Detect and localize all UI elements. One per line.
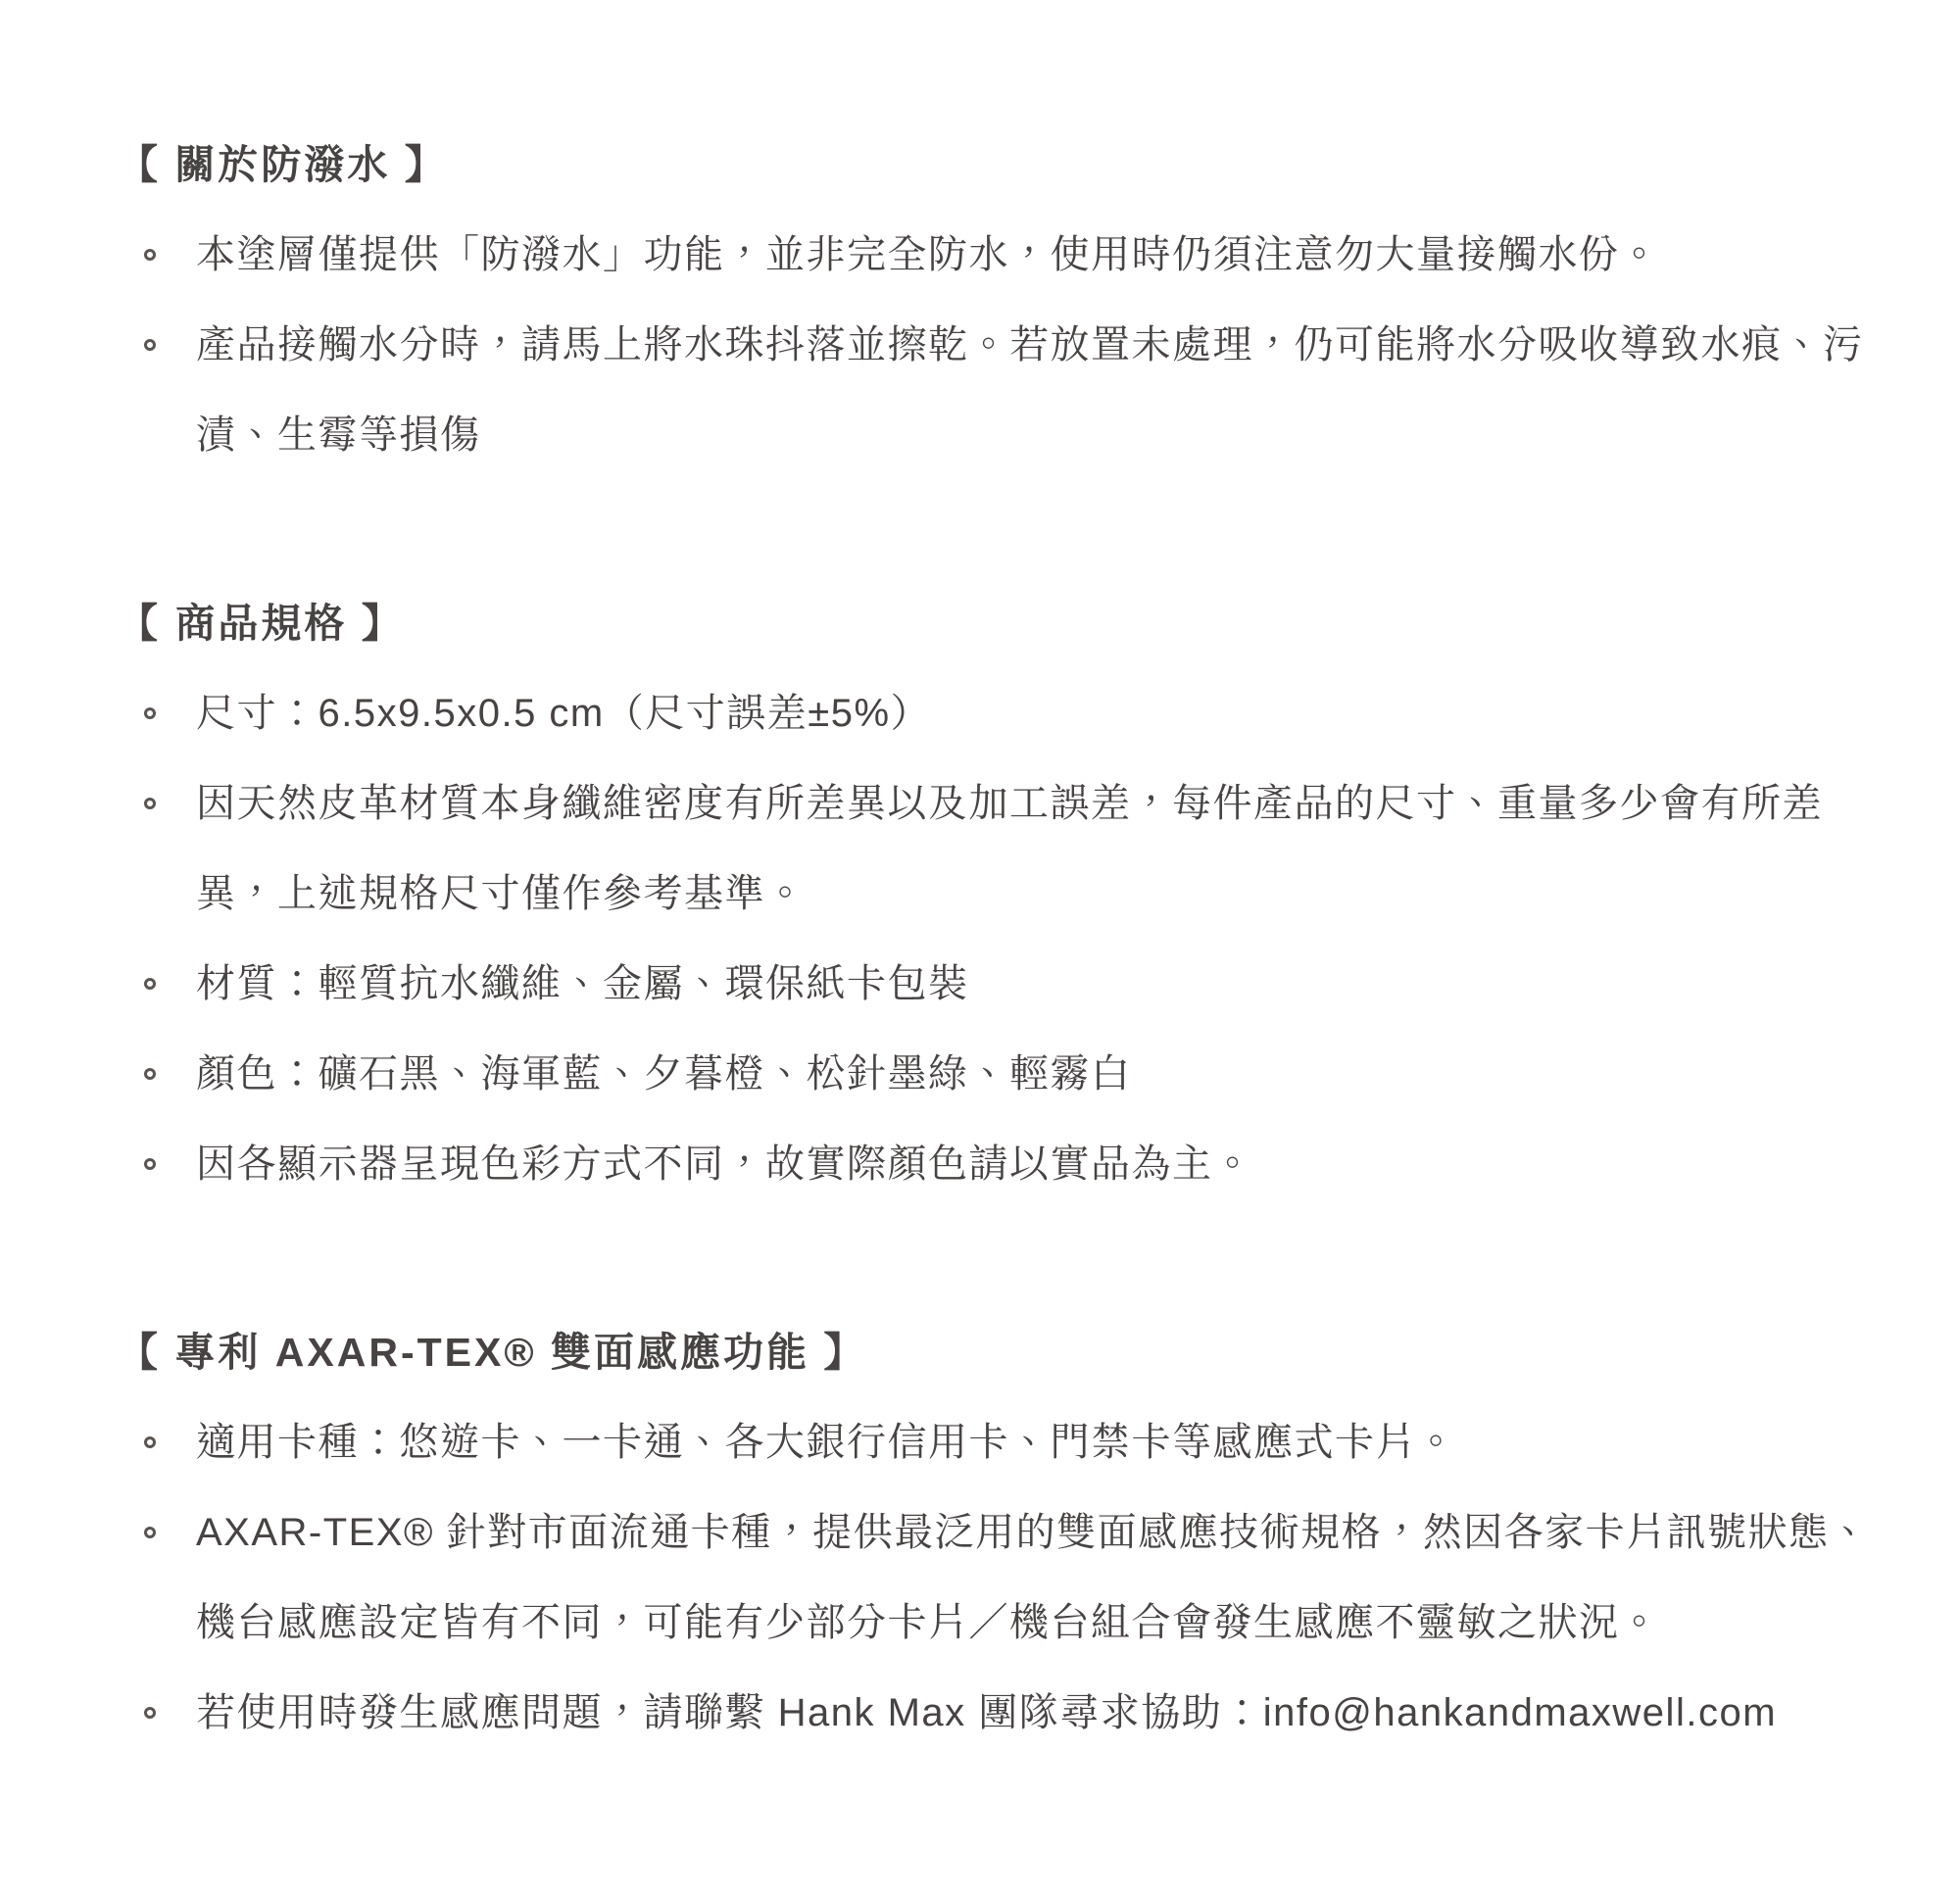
list-item-text: 本塗層僅提供「防潑水」功能，並非完全防水，使用時仍須注意勿大量接觸水份。 — [196, 210, 1884, 300]
bullet-icon — [118, 1029, 196, 1119]
section-heading-water-repellency: 【 關於防潑水 】 — [118, 120, 1901, 210]
section-axar-tex-sensing: 【 專利 AXAR-TEX® 雙面感應功能 】 適用卡種：悠遊卡、一卡通、各大銀… — [118, 1307, 1901, 1758]
list-item-text: 尺寸：6.5x9.5x0.5 cm（尺寸誤差±5%） — [196, 668, 1884, 758]
list-item: 產品接觸水分時，請馬上將水珠抖落並擦乾。若放置未處理，仍可能將水分吸收導致水痕、… — [118, 300, 1901, 480]
list-item: 尺寸：6.5x9.5x0.5 cm（尺寸誤差±5%） — [118, 668, 1901, 758]
bullet-icon — [118, 1487, 196, 1578]
section-water-repellency: 【 關於防潑水 】 本塗層僅提供「防潑水」功能，並非完全防水，使用時仍須注意勿大… — [118, 120, 1901, 480]
list-item: 因各顯示器呈現色彩方式不同，故實際顏色請以實品為主。 — [118, 1119, 1901, 1209]
list-item: AXAR-TEX® 針對市面流通卡種，提供最泛用的雙面感應技術規格，然因各家卡片… — [118, 1487, 1901, 1668]
bullet-icon — [118, 210, 196, 300]
list-item-text: 因各顯示器呈現色彩方式不同，故實際顏色請以實品為主。 — [196, 1119, 1884, 1209]
bullet-icon — [118, 939, 196, 1029]
bullet-icon — [118, 1397, 196, 1487]
product-description: 【 關於防潑水 】 本塗層僅提供「防潑水」功能，並非完全防水，使用時仍須注意勿大… — [0, 0, 1960, 1758]
bullet-icon — [118, 758, 196, 849]
list-item-text: 若使用時發生感應問題，請聯繫 Hank Max 團隊尋求協助：info@hank… — [196, 1668, 1884, 1758]
list-item-text: 材質：輕質抗水纖維、金屬、環保紙卡包裝 — [196, 939, 1884, 1029]
list-item: 顏色：礦石黑、海軍藍、夕暮橙、松針墨綠、輕霧白 — [118, 1029, 1901, 1119]
list-item-text: 產品接觸水分時，請馬上將水珠抖落並擦乾。若放置未處理，仍可能將水分吸收導致水痕、… — [196, 300, 1884, 480]
list-item: 若使用時發生感應問題，請聯繫 Hank Max 團隊尋求協助：info@hank… — [118, 1668, 1901, 1758]
list-item-text: 因天然皮革材質本身纖維密度有所差異以及加工誤差，每件產品的尺寸、重量多少會有所差… — [196, 758, 1884, 939]
list-item: 本塗層僅提供「防潑水」功能，並非完全防水，使用時仍須注意勿大量接觸水份。 — [118, 210, 1901, 300]
list-item-text: 適用卡種：悠遊卡、一卡通、各大銀行信用卡、門禁卡等感應式卡片。 — [196, 1397, 1884, 1487]
section-heading-axar-tex: 【 專利 AXAR-TEX® 雙面感應功能 】 — [118, 1307, 1901, 1397]
list-item-text: 顏色：礦石黑、海軍藍、夕暮橙、松針墨綠、輕霧白 — [196, 1029, 1884, 1119]
section-heading-product-specs: 【 商品規格 】 — [118, 578, 1901, 668]
bullet-icon — [118, 668, 196, 758]
list-item: 因天然皮革材質本身纖維密度有所差異以及加工誤差，每件產品的尺寸、重量多少會有所差… — [118, 758, 1901, 939]
bullet-icon — [118, 300, 196, 390]
list-item: 材質：輕質抗水纖維、金屬、環保紙卡包裝 — [118, 939, 1901, 1029]
bullet-icon — [118, 1119, 196, 1209]
list-item-text: AXAR-TEX® 針對市面流通卡種，提供最泛用的雙面感應技術規格，然因各家卡片… — [196, 1487, 1884, 1668]
section-product-specs: 【 商品規格 】 尺寸：6.5x9.5x0.5 cm（尺寸誤差±5%） 因天然皮… — [118, 578, 1901, 1209]
bullet-icon — [118, 1668, 196, 1758]
list-item: 適用卡種：悠遊卡、一卡通、各大銀行信用卡、門禁卡等感應式卡片。 — [118, 1397, 1901, 1487]
